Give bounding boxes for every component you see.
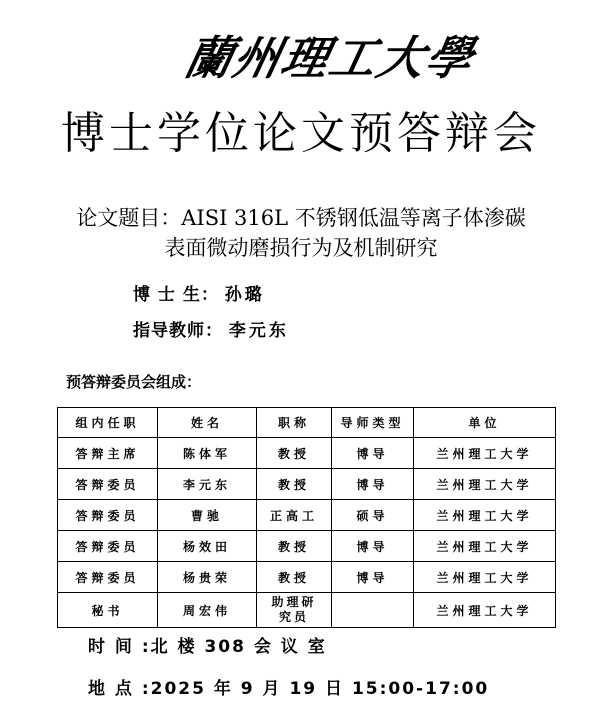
column-header-title: 职称 <box>257 408 332 438</box>
cell-supervisor-type: 博导 <box>332 438 414 469</box>
thesis-title-line-1: 论文题目：AISI 316L 不锈钢低温等离子体渗碳 <box>0 203 602 233</box>
supervisor-name: 李元东 <box>229 321 289 341</box>
cell-title: 正高工 <box>257 500 332 531</box>
cell-role: 答辩委员 <box>58 500 158 531</box>
cell-role: 答辩委员 <box>58 531 158 562</box>
cell-title-text: 助理研究员 <box>270 595 318 625</box>
cell-unit: 兰州理工大学 <box>414 531 556 562</box>
cell-role: 答辩委员 <box>58 469 158 500</box>
thesis-title: 论文题目：AISI 316L 不锈钢低温等离子体渗碳 表面微动磨损行为及机制研究 <box>0 203 602 263</box>
thesis-title-line-2: 表面微动磨损行为及机制研究 <box>0 233 602 263</box>
meeting-location-line: 时 间 :北 楼 308 会 议 室 <box>88 632 327 657</box>
cell-title: 教授 <box>257 469 332 500</box>
cell-supervisor-type: 博导 <box>332 562 414 593</box>
cell-name: 周宏伟 <box>158 593 257 628</box>
cell-name: 杨贵荣 <box>158 562 257 593</box>
supervisor-info: 指导教师： 李元东 <box>133 320 289 342</box>
cell-role: 秘书 <box>58 593 158 628</box>
table-row: 答辩委员 杨贵荣 教授 博导 兰州理工大学 <box>58 562 556 593</box>
supervisor-label: 指导教师： <box>133 320 223 342</box>
table-row: 答辩主席 陈体军 教授 博导 兰州理工大学 <box>58 438 556 469</box>
candidate-name: 孙璐 <box>225 285 265 305</box>
table-row: 秘书 周宏伟 助理研究员 兰州理工大学 <box>58 593 556 628</box>
cell-role: 答辩主席 <box>58 438 158 469</box>
cell-title: 教授 <box>257 438 332 469</box>
cell-supervisor-type: 硕导 <box>332 500 414 531</box>
column-header-supervisor-type: 导师类型 <box>332 408 414 438</box>
table-row: 答辩委员 李元东 教授 博导 兰州理工大学 <box>58 469 556 500</box>
column-header-role: 组内任职 <box>58 408 158 438</box>
cell-name: 陈体军 <box>158 438 257 469</box>
table-header-row: 组内任职 姓名 职称 导师类型 单位 <box>58 408 556 438</box>
meeting-time-line: 地 点 :2025 年 9 月 19 日 15:00-17:00 <box>88 674 489 699</box>
column-header-name: 姓名 <box>158 408 257 438</box>
cell-title: 教授 <box>257 531 332 562</box>
cell-unit: 兰州理工大学 <box>414 469 556 500</box>
page-title: 博士学位论文预答辩会 <box>0 106 602 162</box>
cell-name: 曹驰 <box>158 500 257 531</box>
table-row: 答辩委员 杨效田 教授 博导 兰州理工大学 <box>58 531 556 562</box>
university-logo: 蘭州理工大學 <box>180 28 433 88</box>
cell-unit: 兰州理工大学 <box>414 593 556 628</box>
committee-heading: 预答辩委员会组成： <box>66 371 201 392</box>
table-row: 答辩委员 曹驰 正高工 硕导 兰州理工大学 <box>58 500 556 531</box>
cell-unit: 兰州理工大学 <box>414 438 556 469</box>
column-header-unit: 单位 <box>414 408 556 438</box>
cell-supervisor-type: 博导 <box>332 531 414 562</box>
cell-supervisor-type: 博导 <box>332 469 414 500</box>
cell-name: 杨效田 <box>158 531 257 562</box>
cell-unit: 兰州理工大学 <box>414 500 556 531</box>
cell-role: 答辩委员 <box>58 562 158 593</box>
cell-title: 教授 <box>257 562 332 593</box>
cell-supervisor-type <box>332 593 414 628</box>
candidate-label: 博 士 生： <box>133 284 219 306</box>
committee-table: 组内任职 姓名 职称 导师类型 单位 答辩主席 陈体军 教授 博导 兰州理工大学… <box>57 407 556 628</box>
candidate-info: 博 士 生： 孙璐 <box>133 284 265 306</box>
cell-title: 助理研究员 <box>257 593 332 628</box>
cell-unit: 兰州理工大学 <box>414 562 556 593</box>
cell-name: 李元东 <box>158 469 257 500</box>
